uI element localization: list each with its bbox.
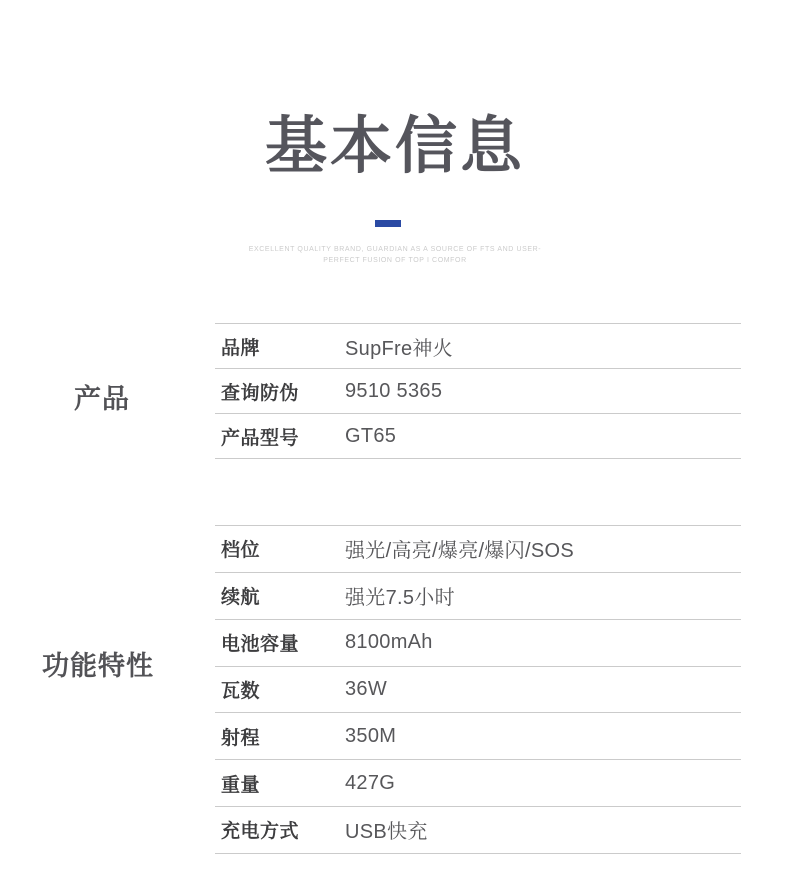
page-title: 基本信息 xyxy=(0,108,790,186)
title-accent-dash xyxy=(375,220,401,227)
spec-value-wattage: 36W xyxy=(345,678,741,701)
table-row: 充电方式 USB快充 xyxy=(215,806,741,853)
spec-value-range: 350M xyxy=(345,725,741,748)
spec-value-modes: 强光/高亮/爆亮/爆闪/SOS xyxy=(345,534,741,563)
spec-label-anticounterfeit: 查询防伪 xyxy=(215,378,345,405)
product-spec-table: 品牌 SupFre神火 查询防伪 9510 5365 产品型号 GT65 xyxy=(215,323,741,459)
spec-value-runtime: 强光7.5小时 xyxy=(345,581,741,610)
spec-label-wattage: 瓦数 xyxy=(215,676,345,703)
spec-value-brand: SupFre神火 xyxy=(345,332,741,361)
section-label-features: 功能特性 xyxy=(42,644,154,683)
table-row: 档位 强光/高亮/爆亮/爆闪/SOS xyxy=(215,525,741,572)
tagline-line-1: EXCELLENT QUALITY BRAND, GUARDIAN AS A S… xyxy=(0,244,790,255)
table-row: 瓦数 36W xyxy=(215,666,741,713)
spec-value-model: GT65 xyxy=(345,425,741,448)
table-row: 重量 427G xyxy=(215,759,741,806)
table-row: 产品型号 GT65 xyxy=(215,413,741,458)
spec-label-weight: 重量 xyxy=(215,770,345,797)
table-row: 续航 强光7.5小时 xyxy=(215,572,741,619)
spec-value-charging: USB快充 xyxy=(345,815,741,844)
table-row: 电池容量 8100mAh xyxy=(215,619,741,666)
spec-label-model: 产品型号 xyxy=(215,423,345,450)
table-row: 射程 350M xyxy=(215,712,741,759)
spec-label-charging: 充电方式 xyxy=(215,816,345,843)
table-row: 品牌 SupFre神火 xyxy=(215,323,741,368)
spec-value-battery-capacity: 8100mAh xyxy=(345,631,741,654)
tagline-line-2: PERFECT FUSION OF TOP I COMFOR xyxy=(0,255,790,266)
features-spec-table: 档位 强光/高亮/爆亮/爆闪/SOS 续航 强光7.5小时 电池容量 8100m… xyxy=(215,525,741,854)
product-info-page: 基本信息 EXCELLENT QUALITY BRAND, GUARDIAN A… xyxy=(0,0,790,888)
spec-label-brand: 品牌 xyxy=(215,333,345,360)
table-row: 查询防伪 9510 5365 xyxy=(215,368,741,413)
spec-label-battery-capacity: 电池容量 xyxy=(215,629,345,656)
spec-value-anticounterfeit: 9510 5365 xyxy=(345,380,741,403)
spec-label-range: 射程 xyxy=(215,723,345,750)
spec-label-modes: 档位 xyxy=(215,535,345,562)
spec-label-runtime: 续航 xyxy=(215,582,345,609)
section-label-product: 产品 xyxy=(74,377,130,416)
spec-value-weight: 427G xyxy=(345,772,741,795)
